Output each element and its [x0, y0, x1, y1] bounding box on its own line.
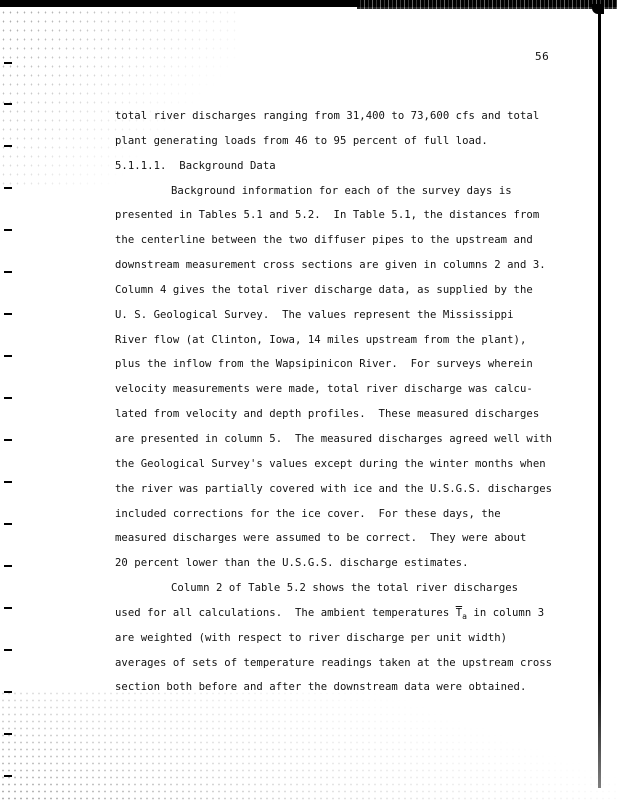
- text-line: presented in Tables 5.1 and 5.2. In Tabl…: [115, 203, 545, 228]
- text-fragment: in column 3: [467, 607, 544, 619]
- binding-hole-ticks: [0, 0, 20, 800]
- text-fragment: used for all calculations. The ambient t…: [115, 607, 456, 619]
- section-heading: 5.1.1.1. Background Data: [115, 154, 545, 179]
- paragraph-start: Background information for each of the s…: [115, 179, 545, 204]
- text-line-with-symbol: used for all calculations. The ambient t…: [115, 601, 545, 626]
- scan-top-border: [0, 0, 617, 7]
- body-text: total river discharges ranging from 31,4…: [115, 104, 545, 700]
- text-line: plant generating loads from 46 to 95 per…: [115, 129, 545, 154]
- text-line: River flow (at Clinton, Iowa, 14 miles u…: [115, 328, 545, 353]
- text-line: downstream measurement cross sections ar…: [115, 253, 545, 278]
- text-line: total river discharges ranging from 31,4…: [115, 104, 545, 129]
- text-line: 20 percent lower than the U.S.G.S. disch…: [115, 551, 545, 576]
- text-line: are weighted (with respect to river disc…: [115, 626, 545, 651]
- text-line: included corrections for the ice cover. …: [115, 502, 545, 527]
- text-line: lated from velocity and depth profiles. …: [115, 402, 545, 427]
- text-line: the river was partially covered with ice…: [115, 477, 545, 502]
- text-line: averages of sets of temperature readings…: [115, 651, 545, 676]
- text-line: the centerline between the two diffuser …: [115, 228, 545, 253]
- text-line: section both before and after the downst…: [115, 675, 545, 700]
- scan-right-edge: [598, 8, 601, 788]
- text-line: measured discharges were assumed to be c…: [115, 526, 545, 551]
- text-line: the Geological Survey's values except du…: [115, 452, 545, 477]
- text-line: U. S. Geological Survey. The values repr…: [115, 303, 545, 328]
- paragraph-start: Column 2 of Table 5.2 shows the total ri…: [115, 576, 545, 601]
- text-line: plus the inflow from the Wapsipinicon Ri…: [115, 352, 545, 377]
- text-line: velocity measurements were made, total r…: [115, 377, 545, 402]
- scan-speckle-bottom: [0, 690, 617, 800]
- text-line: Column 4 gives the total river discharge…: [115, 278, 545, 303]
- page-number: 56: [535, 50, 549, 63]
- text-line: are presented in column 5. The measured …: [115, 427, 545, 452]
